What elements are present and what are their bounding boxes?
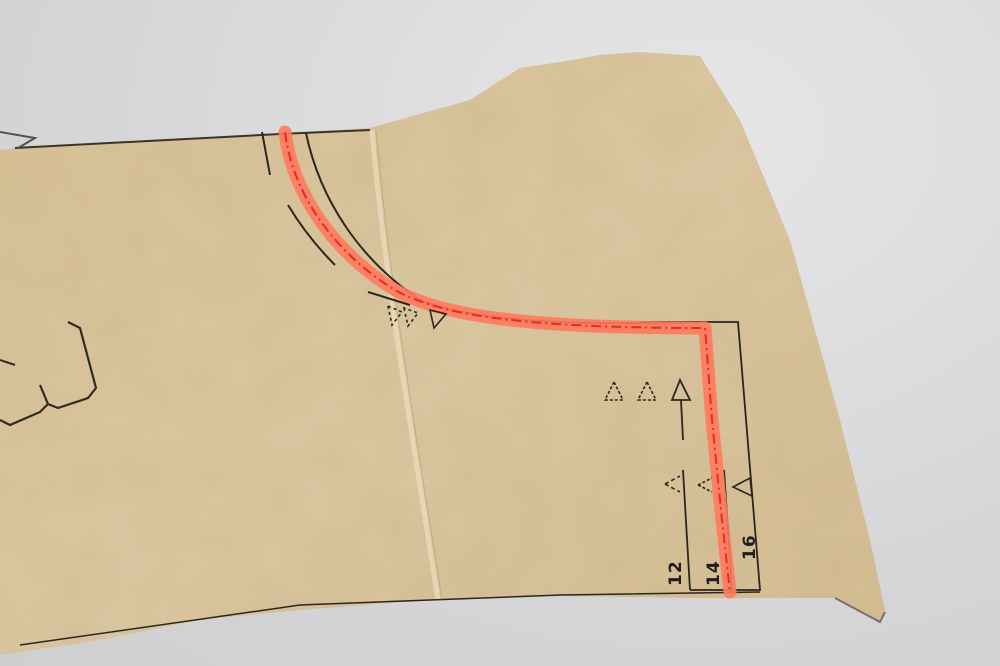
size-label-16: 16 [740,534,760,560]
pattern-piece [0,0,1000,666]
photo-scene: 12 14 16 [0,0,1000,666]
size-label-14: 14 [704,560,724,586]
size-label-12: 12 [666,560,686,586]
